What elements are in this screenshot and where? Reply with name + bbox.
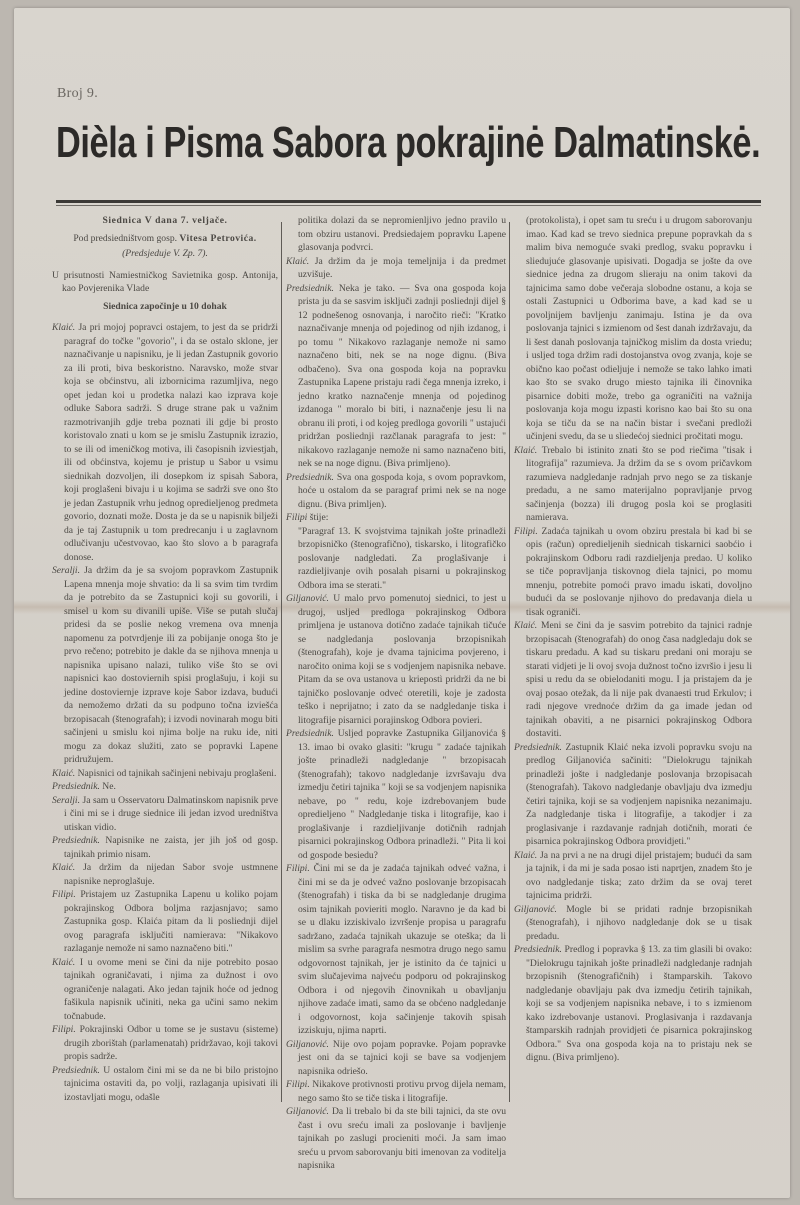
presided-name: Vitesa Petrovića. (179, 233, 256, 244)
speech-text: U malo prvo pomenutoj siednici, to jest … (298, 593, 506, 726)
masthead-rule-thin (56, 205, 761, 206)
masthead-title: Dièla i Pisma Sabora pokrajinė Dalmatins… (56, 118, 602, 168)
speech-paragraph: Klaić. Ja držim da je moja temeljnija i … (286, 255, 506, 282)
speaker-name: Giljanović. (286, 1039, 333, 1050)
speech-paragraph: Giljanović. Da li trebalo bi da ste bili… (286, 1105, 506, 1173)
speech-text: Ja pri mojoj popravci ostajem, to jest d… (64, 322, 278, 563)
present-note: U prisutnosti Namiestničkog Savietnika g… (52, 269, 278, 296)
speech-paragraph: Klaić. Meni se čini da je sasvim potrebi… (514, 619, 752, 741)
column-body: (protokolista), i opet sam tu sreću i u … (514, 214, 752, 1065)
speech-paragraph: Predsiednik. Ne. (52, 780, 278, 794)
column-3: (protokolista), i opet sam tu sreću i u … (514, 214, 752, 1065)
speech-paragraph: Filipi. Nikakove protivnosti protivu prv… (286, 1078, 506, 1105)
speech-text: Trebalo bi istinito znati što se pod rie… (526, 445, 752, 524)
column-body: politika dolazi da se nepromienljivo jed… (286, 214, 506, 1173)
speech-text: Ja držim da nijedan Sabor svoje ustmnene… (64, 862, 278, 887)
speech-text: Zastupnik Klaić neka izvoli popravku svo… (526, 742, 752, 848)
speech-paragraph: Klaić. Napisnici od tajnikah sačinjeni n… (52, 767, 278, 781)
speech-paragraph: Klaić. Trebalo bi istinito znati što se … (514, 444, 752, 525)
speech-paragraph: Filipi. Pristajem uz Zastupnika Lapenu u… (52, 888, 278, 956)
speaker-name: Filipi. (286, 863, 314, 874)
speech-text: Zadaća tajnikah u ovom obziru prestala b… (526, 526, 752, 618)
speech-text: Ja sam u Osservatoru Dalmatinskom napisn… (64, 795, 278, 833)
speech-paragraph: Klaić. Ja pri mojoj popravci ostajem, to… (52, 321, 278, 564)
speech-paragraph: Predsiednik. Sva ona gospoda koja, s ovo… (286, 471, 506, 512)
speech-text: politika dolazi da se nepromienljivo jed… (298, 215, 506, 253)
speech-paragraph: Filipi. Zadaća tajnikah u ovom obziru pr… (514, 525, 752, 620)
speaker-name: Predsiednik. (286, 283, 339, 294)
speech-text: Pristajem uz Zastupnika Lapenu u koliko … (64, 889, 278, 954)
column-divider (281, 222, 282, 1102)
presided-prefix: Pod predsiedništvom gosp. (73, 233, 177, 244)
speaker-name: Predsiednik. (52, 835, 105, 846)
speech-paragraph: Predsiednik. Predlog i popravka § 13. za… (514, 943, 752, 1065)
column-2: politika dolazi da se nepromienljivo jed… (286, 214, 506, 1173)
speaker-name: Seralji. (52, 795, 82, 806)
opening-note: Siednica započinje u 10 dohak (52, 300, 278, 314)
speech-paragraph: Giljanović. U malo prvo pomenutoj siedni… (286, 592, 506, 727)
session-heading: Siednica V dana 7. veljače. (52, 214, 278, 228)
speech-text: Neka je tako. — Sva ona gospoda koja pri… (298, 283, 506, 470)
speaker-name: Predsiednik. (52, 781, 102, 792)
speaker-name: Seralji. (52, 565, 84, 576)
speech-text: Ne. (102, 781, 116, 792)
speech-text: (protokolista), i opet sam tu sreću i u … (526, 215, 752, 442)
speaker-name: Klaić. (52, 768, 78, 779)
speech-paragraph: Klaić. Ja na prvi a ne na drugi dijel pr… (514, 849, 752, 903)
speech-paragraph: Predsiednik. Usljed popravke Zastupnika … (286, 727, 506, 862)
speech-paragraph: Giljanović. Mogle bi se pridati radnje b… (514, 903, 752, 944)
speaker-name: Predsiednik. (286, 728, 338, 739)
speaker-name: Filipi. (514, 526, 542, 537)
speech-paragraph: Filipi. Čini mi se da je zadaća tajnikah… (286, 862, 506, 1038)
issue-number: Broj 9. (57, 86, 98, 102)
speaker-name: Klaić. (52, 862, 83, 873)
speech-paragraph: Giljanović. Nije ovo pojam popravke. Poj… (286, 1038, 506, 1079)
speech-text: I u ovome meni se čini da nije potrebito… (64, 957, 278, 1022)
speech-text: Usljed popravke Zastupnika Giljanovića §… (298, 728, 506, 861)
speaker-name: Klaić. (286, 256, 315, 267)
speech-text: Ja držim da je sa svojom popravkom Zastu… (64, 565, 278, 765)
speech-text: štije: (310, 512, 329, 523)
speech-text: Nikakove protivnosti protivu prvog dijel… (298, 1079, 506, 1104)
speech-paragraph: Filipi. Pokrajinski Odbor u tome se je s… (52, 1023, 278, 1064)
speech-paragraph: Predsiednik. Napisnike ne zaista, jer ji… (52, 834, 278, 861)
speaker-name: Klaić. (514, 445, 542, 456)
speech-paragraph: Seralji. Ja sam u Osservatoru Dalmatinsk… (52, 794, 278, 835)
masthead-rule (56, 200, 761, 203)
speech-paragraph: Predsiednik. U ostalom čini mi se da ne … (52, 1064, 278, 1105)
speaker-name: Predsiednik. (514, 742, 565, 753)
speech-paragraph: (protokolista), i opet sam tu sreću i u … (514, 214, 752, 444)
speaker-name: Klaić. (52, 957, 80, 968)
speech-text: Čini mi se da je zadaća tajnikah odveć v… (298, 863, 506, 1036)
speech-text: Meni se čini da je sasvim potrebito da t… (526, 620, 752, 739)
speech-paragraph: Predsiednik. Zastupnik Klaić neka izvoli… (514, 741, 752, 849)
speaker-name: Predsiednik. (286, 472, 337, 483)
speaker-name: Giljanović. (286, 593, 333, 604)
speaker-name: Klaić. (514, 850, 540, 861)
speech-paragraph: politika dolazi da se nepromienljivo jed… (286, 214, 506, 255)
speaker-name: Filipi (286, 512, 310, 523)
speech-paragraph: Seralji. Ja držim da je sa svojom poprav… (52, 564, 278, 767)
protocol-note: (Predsjeduje V. Zp. 7). (52, 247, 278, 261)
speech-paragraph: Klaić. Ja držim da nijedan Sabor svoje u… (52, 861, 278, 888)
presided-line: Pod predsiedništvom gosp. Vitesa Petrovi… (52, 232, 278, 246)
speech-paragraph: Filipi štije: (286, 511, 506, 525)
speech-text: Napisnici od tajnikah sačinjeni nebivaju… (78, 768, 277, 779)
speaker-name: Filipi. (286, 1079, 312, 1090)
speaker-name: Filipi. (52, 1024, 80, 1035)
speaker-name: Klaić. (52, 322, 78, 333)
speaker-name: Giljanović. (286, 1106, 332, 1117)
column-body: Klaić. Ja pri mojoj popravci ostajem, to… (52, 321, 278, 1104)
speaker-name: Klaić. (514, 620, 541, 631)
speech-text: Pokrajinski Odbor u tome se je sustavu (… (64, 1024, 278, 1062)
speech-text: "Paragraf 13. K svojstvima tajnikah jošt… (298, 526, 506, 591)
speech-paragraph: Predsiednik. Neka je tako. — Sva ona gos… (286, 282, 506, 471)
speaker-name: Giljanović. (514, 904, 566, 915)
speech-text: Predlog i popravka § 13. za tim glasili … (526, 944, 752, 1063)
speaker-name: Predsiednik. (514, 944, 565, 955)
speech-text: Ja držim da je moja temeljnija i da pred… (298, 256, 506, 281)
speech-text: Ja na prvi a ne na drugi dijel pristajem… (526, 850, 752, 902)
speech-paragraph: Klaić. I u ovome meni se čini da nije po… (52, 956, 278, 1024)
speech-paragraph: "Paragraf 13. K svojstvima tajnikah jošt… (286, 525, 506, 593)
column-divider (509, 222, 510, 1102)
speaker-name: Filipi. (52, 889, 80, 900)
column-1: Siednica V dana 7. veljače. Pod predsied… (52, 214, 278, 1104)
speaker-name: Predsiednik. (52, 1065, 103, 1076)
